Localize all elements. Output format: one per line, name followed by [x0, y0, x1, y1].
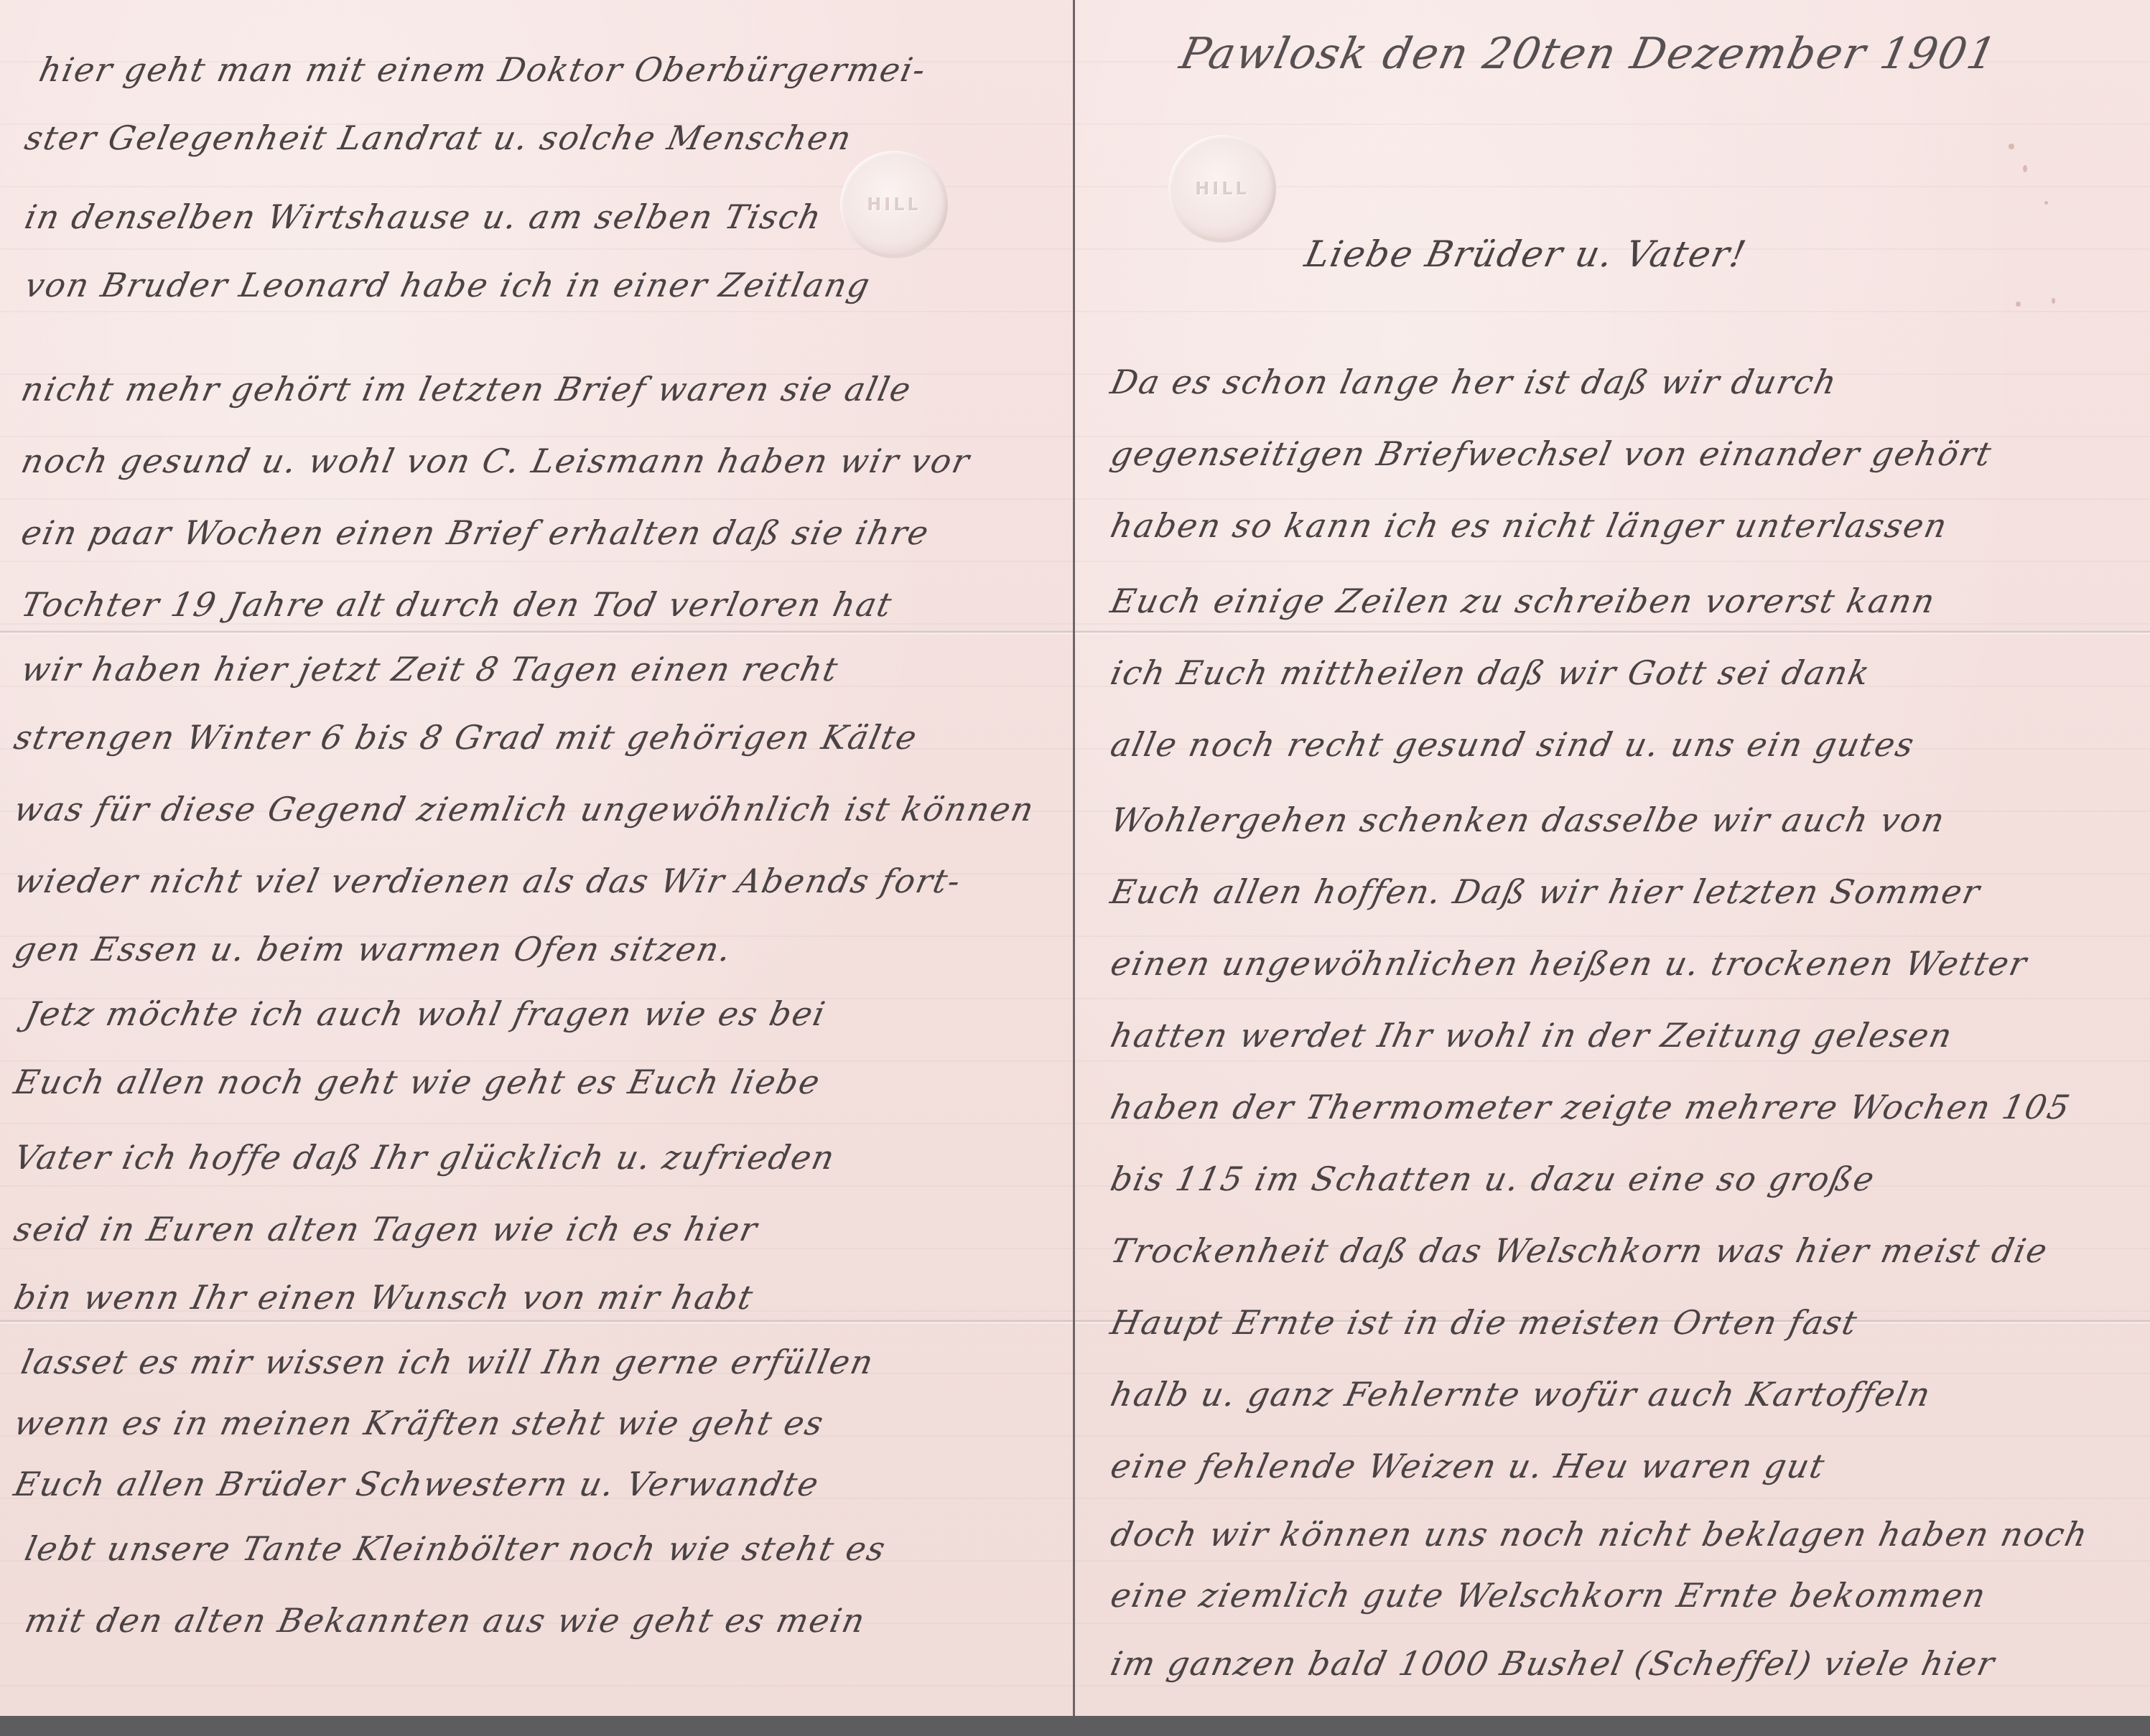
text-line: wieder nicht viel verdienen als das Wir … [11, 862, 965, 900]
text-line: mit den alten Bekannten aus wie geht es … [22, 1601, 870, 1640]
text-line: seid in Euren alten Tagen wie ich es hie… [11, 1210, 762, 1249]
text-line: eine fehlende Weizen u. Heu waren gut [1107, 1447, 1829, 1485]
text-line: lasset es mir wissen ich will Ihn gerne … [18, 1343, 878, 1381]
embossed-seal-icon: HILL [1168, 135, 1276, 243]
text-line: von Bruder Leonard habe ich in einer Zei… [22, 266, 875, 304]
text-line: Jetz möchte ich auch wohl fragen wie es … [22, 994, 829, 1033]
text-line: halb u. ganz Fehlernte wofür auch Kartof… [1107, 1375, 1935, 1414]
text-line: wenn es in meinen Kräften steht wie geht… [11, 1404, 828, 1442]
text-line: Euch allen noch geht wie geht es Euch li… [11, 1063, 824, 1101]
fold-crease [1075, 630, 2150, 635]
seal-text: HILL [867, 195, 921, 215]
text-line: bin wenn Ihr einen Wunsch von mir habt [11, 1278, 758, 1317]
text-line: Vater ich hoffe daß Ihr glücklich u. zuf… [11, 1138, 839, 1177]
text-line: in denselben Wirtshause u. am selben Tis… [22, 197, 826, 236]
foxing-spot [2009, 144, 2014, 149]
text-line: haben der Thermometer zeigte mehrere Woc… [1107, 1088, 2075, 1126]
text-line: was für diese Gegend ziemlich ungewöhnli… [11, 790, 1038, 829]
text-line: Wohlergehen schenken dasselbe wir auch v… [1107, 801, 1949, 839]
text-line: doch wir können uns noch nicht beklagen … [1107, 1515, 2093, 1554]
fold-crease [0, 1320, 1073, 1324]
text-line: nicht mehr gehört im letzten Brief waren… [18, 370, 916, 409]
text-line: lebt unsere Tante Kleinbölter noch wie s… [22, 1529, 890, 1568]
letter-date-heading: Pawlosk den 20ten Dezember 1901 [1176, 29, 2002, 79]
right-page: HILL Pawlosk den 20ten Dezember 1901 Lie… [1075, 0, 2150, 1716]
text-line: im ganzen bald 1000 Bushel (Scheffel) vi… [1107, 1644, 1999, 1683]
letter-scan: HILL hier geht man mit einem Doktor Ober… [0, 0, 2150, 1716]
text-line: Euch allen hoffen. Daß wir hier letzten … [1107, 872, 1984, 911]
foxing-spot [2052, 298, 2055, 304]
text-line: Trockenheit daß das Welschkorn was hier … [1107, 1231, 2052, 1270]
text-line: Tochter 19 Jahre alt durch den Tod verlo… [18, 585, 896, 624]
text-line: hier geht man mit einem Doktor Oberbürge… [36, 50, 930, 89]
text-line: Euch allen Brüder Schwestern u. Verwandt… [11, 1465, 823, 1503]
text-line: gen Essen u. beim warmen Ofen sitzen. [11, 930, 736, 969]
text-line: gegenseitigen Briefwechsel von einander … [1107, 434, 1996, 473]
text-line: strengen Winter 6 bis 8 Grad mit gehörig… [11, 718, 921, 757]
text-line: einen ungewöhnlichen heißen u. trockenen… [1107, 944, 2032, 983]
seal-text: HILL [1195, 179, 1249, 199]
text-line: Euch einige Zeilen zu schreiben vorerst … [1107, 582, 1940, 620]
text-line: haben so kann ich es nicht länger unterl… [1107, 506, 1952, 545]
text-line: noch gesund u. wohl von C. Leismann habe… [18, 442, 974, 480]
text-line: eine ziemlich gute Welschkorn Ernte beko… [1107, 1576, 1991, 1615]
text-line: hatten werdet Ihr wohl in der Zeitung ge… [1107, 1016, 1957, 1055]
text-line: Da es schon lange her ist daß wir durch [1107, 363, 1841, 401]
text-line: wir haben hier jetzt Zeit 8 Tagen einen … [18, 650, 842, 689]
text-line: ich Euch mittheilen daß wir Gott sei dan… [1107, 653, 1874, 692]
foxing-spot [2016, 302, 2021, 307]
ruled-lines [0, 0, 1073, 1716]
embossed-seal-icon: HILL [840, 151, 948, 258]
text-line: alle noch recht gesund sind u. uns ein g… [1107, 725, 1919, 764]
text-line: Haupt Ernte ist in die meisten Orten fas… [1107, 1303, 1861, 1342]
foxing-spot [2044, 201, 2048, 205]
foxing-spot [2023, 165, 2027, 172]
text-line: ein paar Wochen einen Brief erhalten daß… [18, 513, 934, 552]
text-line: bis 115 im Schatten u. dazu eine so groß… [1107, 1159, 1879, 1198]
fold-crease [0, 630, 1073, 635]
letter-salutation: Liebe Brüder u. Vater! [1301, 233, 1751, 275]
text-line: ster Gelegenheit Landrat u. solche Mensc… [22, 118, 856, 157]
left-page: HILL hier geht man mit einem Doktor Ober… [0, 0, 1075, 1716]
